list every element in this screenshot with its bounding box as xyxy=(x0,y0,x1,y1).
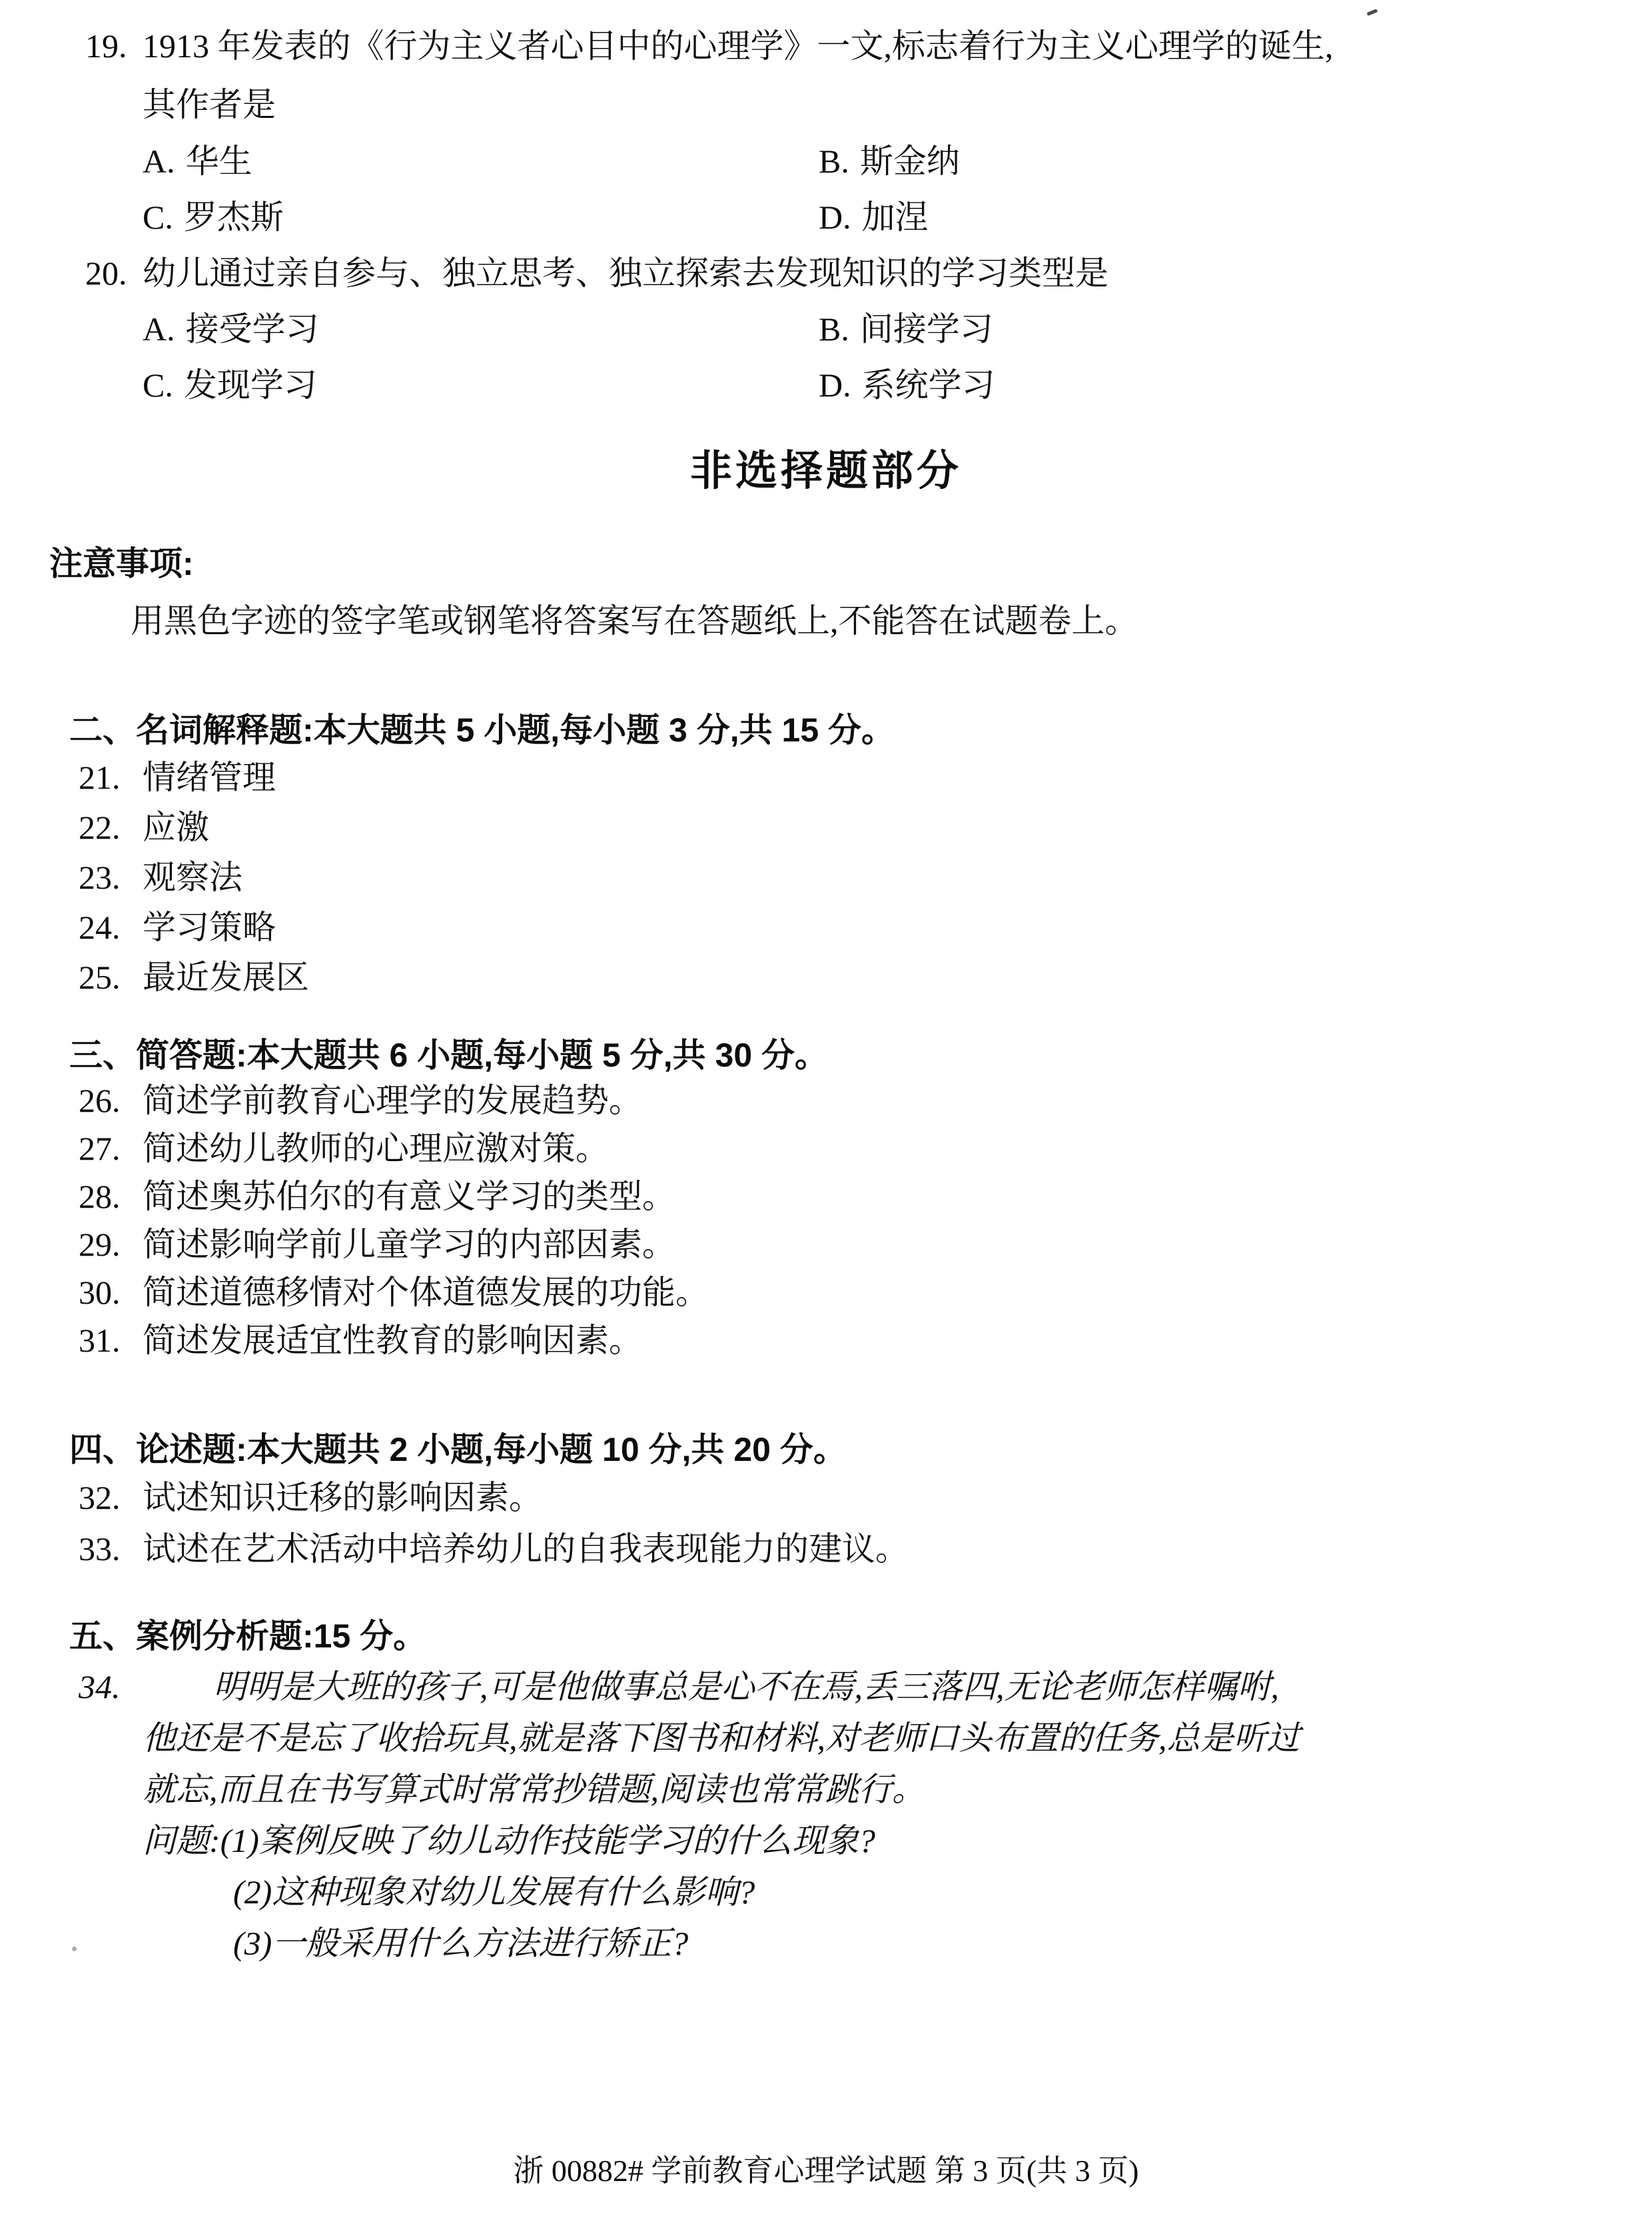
item-33-number: 33. xyxy=(79,1524,143,1575)
q20-option-d-label: D. xyxy=(819,366,851,404)
case-body-line2: 他还是不是忘了收拾玩具,就是落下图书和材料,对老师口头布置的任务,总是听过 xyxy=(79,1713,1612,1764)
q19-option-c-label: C. xyxy=(143,199,173,236)
item-33-text: 试述在艺术活动中培养幼儿的自我表现能力的建议。 xyxy=(143,1530,909,1567)
question-19-stem-line2: 其作者是 xyxy=(85,76,1612,133)
item-25-number: 25. xyxy=(79,953,143,1003)
item-22: 22.应激 xyxy=(79,803,1612,853)
case-question-text2: (2)这种现象对幼儿发展有什么影响? xyxy=(233,1873,755,1911)
q19-option-b-label: B. xyxy=(819,143,849,180)
non-choice-section-title: 非选择题部分 xyxy=(0,437,1652,498)
item-32: 32.试述知识迁移的影响因素。 xyxy=(79,1472,1612,1524)
item-27: 27.简述幼儿教师的心理应激对策。 xyxy=(79,1124,1612,1172)
item-22-number: 22. xyxy=(79,803,143,853)
case-question-line3: (3)一般采用什么方法进行矫正? xyxy=(79,1918,1612,1969)
q20-option-a: A.接受学习 xyxy=(143,301,819,357)
question-19-stem-text2: 其作者是 xyxy=(143,86,276,123)
item-32-number: 32. xyxy=(79,1472,143,1524)
item-31: 31.简述发展适宜性教育的影响因素。 xyxy=(79,1316,1612,1364)
scan-artifact-tick xyxy=(1367,9,1378,16)
item-21-number: 21. xyxy=(79,753,143,803)
case-question-text3: (3)一般采用什么方法进行矫正? xyxy=(233,1925,688,1962)
q19-option-b-text: 斯金纳 xyxy=(860,143,960,180)
multiple-choice-section: 19.1913 年发表的《行为主义者心目中的心理学》一文,标志着行为主义心理学的… xyxy=(85,16,1612,413)
item-29: 29.简述影响学前儿童学习的内部因素。 xyxy=(79,1220,1612,1268)
item-30-number: 30. xyxy=(79,1268,143,1316)
q20-option-b-label: B. xyxy=(819,310,849,348)
item-23-number: 23. xyxy=(79,853,143,903)
q20-option-c-label: C. xyxy=(143,366,173,404)
item-26: 26.简述学前教育心理学的发展趋势。 xyxy=(79,1077,1612,1124)
item-24-number: 24. xyxy=(79,903,143,953)
q19-option-a-label: A. xyxy=(143,143,175,180)
section-4-heading: 四、论述题:本大题共 2 小题,每小题 10 分,共 20 分。 xyxy=(69,1423,847,1471)
question-19-options-ab: A.华生 B.斯金纳 xyxy=(85,133,1612,189)
q20-option-a-label: A. xyxy=(143,310,175,348)
q19-option-c: C.罗杰斯 xyxy=(143,189,819,245)
page-footer: 浙 00882# 学前教育心理学试题 第 3 页(共 3 页) xyxy=(0,2146,1652,2190)
question-20-options-ab: A.接受学习 B.间接学习 xyxy=(85,301,1612,357)
question-20-options-cd: C.发现学习 D.系统学习 xyxy=(85,357,1612,413)
case-question-line1: 问题:(1)案例反映了幼儿动作技能学习的什么现象? xyxy=(79,1815,1612,1867)
q19-option-b: B.斯金纳 xyxy=(819,133,1612,189)
item-29-number: 29. xyxy=(79,1220,143,1268)
case-body-line3: 就忘,而且在书写算式时常常抄错题,阅读也常常跳行。 xyxy=(79,1764,1612,1815)
section-5-heading: 五、案例分析题:15 分。 xyxy=(69,1609,426,1657)
q19-option-a: A.华生 xyxy=(143,133,819,189)
case-body-text3: 就忘,而且在书写算式时常常抄错题,阅读也常常跳行。 xyxy=(143,1771,925,1808)
item-28-text: 简述奥苏伯尔的有意义学习的类型。 xyxy=(143,1178,675,1215)
item-31-text: 简述发展适宜性教育的影响因素。 xyxy=(143,1322,642,1359)
question-20-stem-text: 幼儿通过亲自参与、独立思考、独立探索去发现知识的学习类型是 xyxy=(143,254,1108,292)
item-24-text: 学习策略 xyxy=(143,909,276,946)
item-32-text: 试述知识迁移的影响因素。 xyxy=(143,1479,542,1516)
case-question-text1: 问题:(1)案例反映了幼儿动作技能学习的什么现象? xyxy=(143,1822,875,1859)
case-number: 34. xyxy=(79,1661,136,1713)
section-2-heading: 二、名词解释题:本大题共 5 小题,每小题 3 分,共 15 分。 xyxy=(69,703,895,751)
q19-option-a-text: 华生 xyxy=(186,143,252,180)
question-19-number: 19. xyxy=(85,16,143,76)
scan-artifact-dot xyxy=(72,1947,77,1951)
q19-option-c-text: 罗杰斯 xyxy=(184,199,284,236)
item-28: 28.简述奥苏伯尔的有意义学习的类型。 xyxy=(79,1172,1612,1220)
question-20-number: 20. xyxy=(85,245,143,301)
item-21: 21.情绪管理 xyxy=(79,753,1612,803)
q20-option-d: D.系统学习 xyxy=(819,357,1612,413)
question-19-stem-line1: 19.1913 年发表的《行为主义者心目中的心理学》一文,标志着行为主义心理学的… xyxy=(85,16,1612,76)
item-26-number: 26. xyxy=(79,1077,143,1124)
section-4-items: 32.试述知识迁移的影响因素。 33.试述在艺术活动中培养幼儿的自我表现能力的建… xyxy=(79,1472,1612,1575)
case-body-text2: 他还是不是忘了收拾玩具,就是落下图书和材料,对老师口头布置的任务,总是听过 xyxy=(143,1719,1300,1757)
item-27-text: 简述幼儿教师的心理应激对策。 xyxy=(143,1130,609,1167)
q19-option-d: D.加涅 xyxy=(819,189,1612,245)
notice-body: 用黑色字迹的签字笔或钢笔将答案写在答题纸上,不能答在试题卷上。 xyxy=(131,594,1138,642)
q20-option-d-text: 系统学习 xyxy=(862,366,995,404)
item-22-text: 应激 xyxy=(143,809,209,846)
q20-option-c-text: 发现学习 xyxy=(184,366,317,404)
q19-option-d-text: 加涅 xyxy=(862,199,929,236)
exam-page: 19.1913 年发表的《行为主义者心目中的心理学》一文,标志着行为主义心理学的… xyxy=(0,0,1652,2213)
item-26-text: 简述学前教育心理学的发展趋势。 xyxy=(143,1082,642,1119)
item-23: 23.观察法 xyxy=(79,853,1612,903)
item-31-number: 31. xyxy=(79,1316,143,1364)
item-30-text: 简述道德移情对个体道德发展的功能。 xyxy=(143,1274,709,1311)
item-25-text: 最近发展区 xyxy=(143,959,309,996)
notice-heading: 注意事项: xyxy=(49,537,194,585)
q19-option-d-label: D. xyxy=(819,199,851,236)
item-33: 33.试述在艺术活动中培养幼儿的自我表现能力的建议。 xyxy=(79,1524,1612,1575)
item-24: 24.学习策略 xyxy=(79,903,1612,953)
case-question-line2: (2)这种现象对幼儿发展有什么影响? xyxy=(79,1867,1612,1918)
q20-option-c: C.发现学习 xyxy=(143,357,819,413)
item-28-number: 28. xyxy=(79,1172,143,1220)
item-27-number: 27. xyxy=(79,1124,143,1172)
q20-option-b-text: 间接学习 xyxy=(860,310,993,348)
section-3-heading: 三、简答题:本大题共 6 小题,每小题 5 分,共 30 分。 xyxy=(69,1029,828,1077)
case-body-text1: 明明是大班的孩子,可是他做事总是心不在焉,丢三落四,无论老师怎样嘱咐, xyxy=(213,1668,1279,1705)
q20-option-a-text: 接受学习 xyxy=(186,310,319,348)
case-question-34: 34.明明是大班的孩子,可是他做事总是心不在焉,丢三落四,无论老师怎样嘱咐, 他… xyxy=(79,1661,1612,1969)
item-30: 30.简述道德移情对个体道德发展的功能。 xyxy=(79,1268,1612,1316)
item-25: 25.最近发展区 xyxy=(79,953,1612,1003)
section-2-items: 21.情绪管理 22.应激 23.观察法 24.学习策略 25.最近发展区 xyxy=(79,753,1612,1003)
section-3-items: 26.简述学前教育心理学的发展趋势。 27.简述幼儿教师的心理应激对策。 28.… xyxy=(79,1077,1612,1364)
item-23-text: 观察法 xyxy=(143,859,242,896)
q20-option-b: B.间接学习 xyxy=(819,301,1612,357)
question-20-stem: 20.幼儿通过亲自参与、独立思考、独立探索去发现知识的学习类型是 xyxy=(85,245,1612,301)
item-29-text: 简述影响学前儿童学习的内部因素。 xyxy=(143,1226,675,1263)
case-body-line1: 34.明明是大班的孩子,可是他做事总是心不在焉,丢三落四,无论老师怎样嘱咐, xyxy=(79,1661,1612,1713)
question-19-stem-text: 1913 年发表的《行为主义者心目中的心理学》一文,标志着行为主义心理学的诞生, xyxy=(143,27,1334,65)
item-21-text: 情绪管理 xyxy=(143,759,276,796)
question-19-options-cd: C.罗杰斯 D.加涅 xyxy=(85,189,1612,245)
